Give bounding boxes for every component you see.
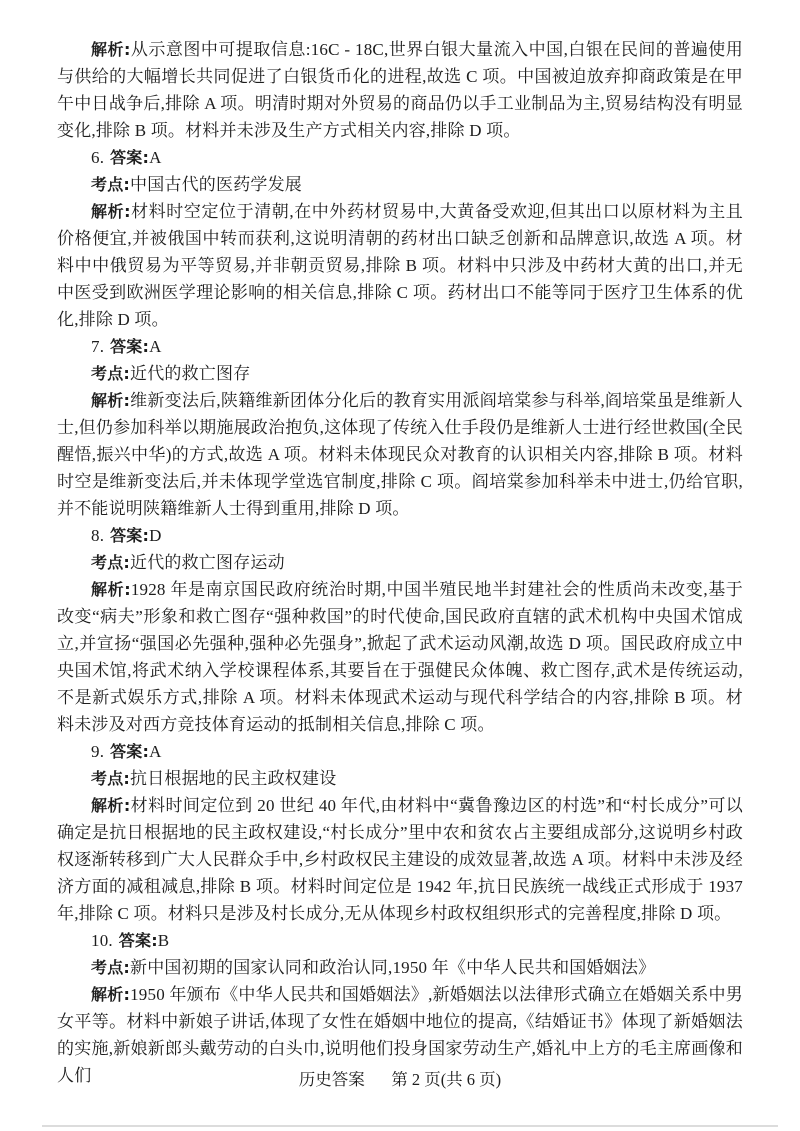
point-line: 考点:抗日根据地的民主政权建设 bbox=[57, 765, 743, 792]
analysis-text: 材料时空定位于清朝,在中外药材贸易中,大黄备受欢迎,但其出口以原材料为主且价格便… bbox=[57, 202, 743, 329]
answer-value: A bbox=[149, 742, 161, 761]
point-label: 考点: bbox=[91, 553, 130, 572]
analysis-label: 解析: bbox=[91, 985, 130, 1004]
document-page: 解析:从示意图中可提取信息:16C - 18C,世界白银大量流入中国,白银在民间… bbox=[57, 36, 743, 1089]
answer-label: 答案: bbox=[110, 148, 149, 167]
point-line: 考点:近代的救亡图存 bbox=[57, 360, 743, 387]
question-number: 6. bbox=[91, 148, 104, 167]
point-label: 考点: bbox=[91, 769, 130, 788]
analysis-label: 解析: bbox=[91, 580, 131, 599]
point-text: 近代的救亡图存 bbox=[130, 364, 250, 383]
analysis-text: 材料时间定位到 20 世纪 40 年代,由材料中“冀鲁豫边区的村选”和“村长成分… bbox=[57, 796, 743, 923]
answer-line: 6.答案:A bbox=[57, 144, 743, 171]
point-line: 考点:新中国初期的国家认同和政治认同,1950 年《中华人民共和国婚姻法》 bbox=[57, 954, 743, 981]
point-text: 中国古代的医药学发展 bbox=[130, 175, 302, 194]
analysis-paragraph: 解析:维新变法后,陕籍维新团体分化后的教育实用派阎培棠参与科举,阎培棠虽是维新人… bbox=[57, 387, 743, 522]
analysis-label: 解析: bbox=[91, 202, 131, 221]
point-text: 新中国初期的国家认同和政治认同,1950 年《中华人民共和国婚姻法》 bbox=[130, 958, 655, 977]
point-line: 考点:中国古代的医药学发展 bbox=[57, 171, 743, 198]
point-label: 考点: bbox=[91, 175, 130, 194]
analysis-label: 解析: bbox=[91, 40, 131, 59]
answer-item-10: 10.答案:B 考点:新中国初期的国家认同和政治认同,1950 年《中华人民共和… bbox=[57, 927, 743, 1089]
answer-line: 10.答案:B bbox=[57, 927, 743, 954]
answer-value: D bbox=[149, 526, 161, 545]
question-number: 10. bbox=[91, 931, 113, 950]
answer-label: 答案: bbox=[119, 931, 158, 950]
analysis-paragraph: 解析:材料时间定位到 20 世纪 40 年代,由材料中“冀鲁豫边区的村选”和“村… bbox=[57, 792, 743, 927]
answer-line: 8.答案:D bbox=[57, 522, 743, 549]
point-line: 考点:近代的救亡图存运动 bbox=[57, 549, 743, 576]
analysis-text: 维新变法后,陕籍维新团体分化后的教育实用派阎培棠参与科举,阎培棠虽是维新人士,但… bbox=[57, 391, 743, 518]
point-text: 近代的救亡图存运动 bbox=[130, 553, 285, 572]
point-label: 考点: bbox=[91, 958, 130, 977]
point-label: 考点: bbox=[91, 364, 130, 383]
page-bottom-edge bbox=[42, 1125, 778, 1127]
answer-line: 7.答案:A bbox=[57, 333, 743, 360]
answer-item-9: 9.答案:A 考点:抗日根据地的民主政权建设 解析:材料时间定位到 20 世纪 … bbox=[57, 738, 743, 927]
footer-page-info: 第 2 页(共 6 页) bbox=[391, 1070, 501, 1089]
point-text: 抗日根据地的民主政权建设 bbox=[130, 769, 336, 788]
answer-value: A bbox=[149, 337, 161, 356]
answer-item-8: 8.答案:D 考点:近代的救亡图存运动 解析:1928 年是南京国民政府统治时期… bbox=[57, 522, 743, 738]
footer-doc-title: 历史答案 bbox=[299, 1070, 365, 1089]
answer-line: 9.答案:A bbox=[57, 738, 743, 765]
analysis-label: 解析: bbox=[91, 796, 130, 815]
answer-label: 答案: bbox=[110, 742, 149, 761]
answer-value: A bbox=[149, 148, 161, 167]
scanned-answer-page: { "labels": { "answer": "答案:", "point": … bbox=[0, 0, 800, 1131]
answer-item-7: 7.答案:A 考点:近代的救亡图存 解析:维新变法后,陕籍维新团体分化后的教育实… bbox=[57, 333, 743, 522]
question-number: 8. bbox=[91, 526, 104, 545]
analysis-label: 解析: bbox=[91, 391, 130, 410]
analysis-paragraph: 解析:1928 年是南京国民政府统治时期,中国半殖民地半封建社会的性质尚未改变,… bbox=[57, 576, 743, 738]
answer-item-6: 6.答案:A 考点:中国古代的医药学发展 解析:材料时空定位于清朝,在中外药材贸… bbox=[57, 144, 743, 333]
analysis-text: 从示意图中可提取信息:16C - 18C,世界白银大量流入中国,白银在民间的普遍… bbox=[57, 40, 743, 140]
answer-label: 答案: bbox=[110, 337, 149, 356]
question-number: 7. bbox=[91, 337, 104, 356]
answer-label: 答案: bbox=[110, 526, 149, 545]
answer-value: B bbox=[158, 931, 170, 950]
question-number: 9. bbox=[91, 742, 104, 761]
page-footer: 历史答案第 2 页(共 6 页) bbox=[0, 1066, 800, 1090]
analysis-paragraph-prev: 解析:从示意图中可提取信息:16C - 18C,世界白银大量流入中国,白银在民间… bbox=[57, 36, 743, 144]
analysis-paragraph: 解析:材料时空定位于清朝,在中外药材贸易中,大黄备受欢迎,但其出口以原材料为主且… bbox=[57, 198, 743, 333]
analysis-text: 1928 年是南京国民政府统治时期,中国半殖民地半封建社会的性质尚未改变,基于改… bbox=[57, 580, 743, 734]
